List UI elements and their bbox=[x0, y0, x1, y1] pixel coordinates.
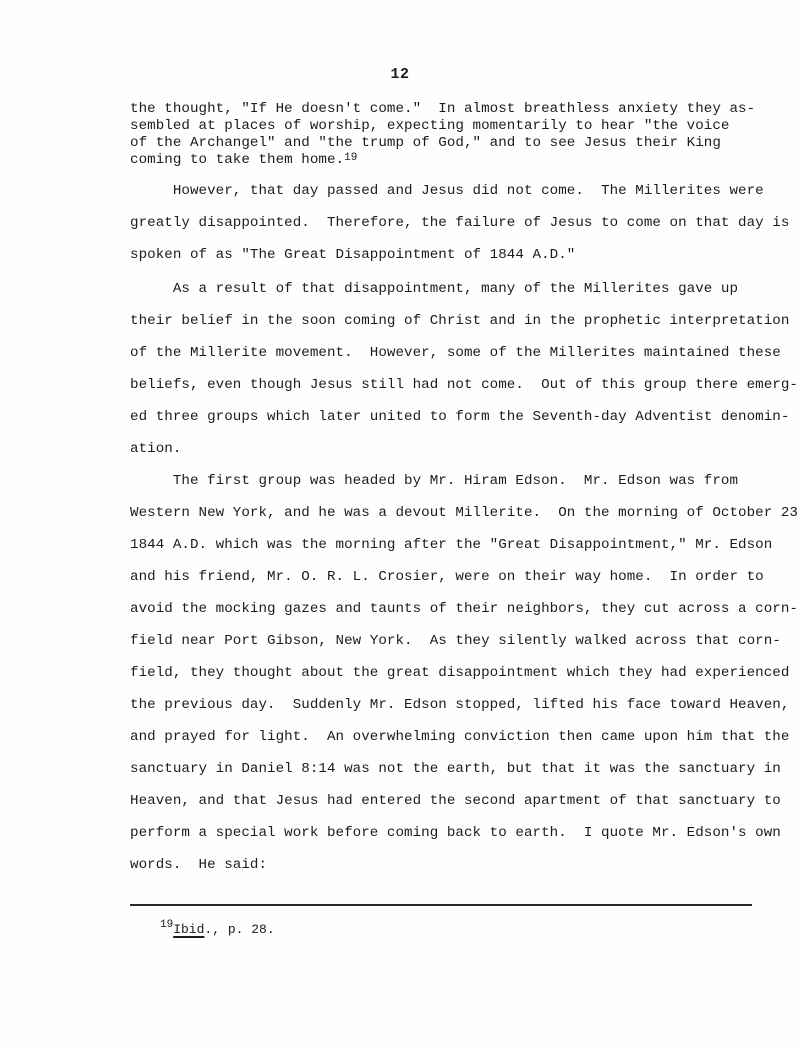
quote-line-text: coming to take them home. bbox=[130, 152, 344, 168]
body-line: greatly disappointed. Therefore, the fai… bbox=[130, 215, 789, 232]
footnote-number: 19 bbox=[160, 919, 173, 931]
body-line: and his friend, Mr. O. R. L. Crosier, we… bbox=[130, 569, 764, 586]
footnote: 19Ibid., p. 28. bbox=[160, 922, 275, 937]
body-line: words. He said: bbox=[130, 857, 267, 874]
document-page: 12 the thought, "If He doesn't come." In… bbox=[0, 0, 800, 1050]
body-line: ed three groups which later united to fo… bbox=[130, 409, 789, 426]
body-line: field near Port Gibson, New York. As the… bbox=[130, 633, 781, 650]
body-line: ation. bbox=[130, 441, 181, 458]
body-line: sanctuary in Daniel 8:14 was not the ear… bbox=[130, 761, 781, 778]
page-number: 12 bbox=[0, 66, 800, 83]
body-line: avoid the mocking gazes and taunts of th… bbox=[130, 601, 798, 618]
footnote-source: Ibid bbox=[173, 922, 204, 937]
quote-line-last: coming to take them home.19 bbox=[130, 152, 357, 169]
body-line: The first group was headed by Mr. Hiram … bbox=[130, 473, 738, 490]
body-line: and prayed for light. An overwhelming co… bbox=[130, 729, 789, 746]
quote-line: of the Archangel" and "the trump of God,… bbox=[130, 135, 721, 152]
footnote-citation: ., p. 28. bbox=[204, 922, 274, 937]
body-line: beliefs, even though Jesus still had not… bbox=[130, 377, 798, 394]
body-line: 1844 A.D. which was the morning after th… bbox=[130, 537, 772, 554]
body-line: of the Millerite movement. However, some… bbox=[130, 345, 781, 362]
quote-line: the thought, "If He doesn't come." In al… bbox=[130, 101, 755, 118]
body-line: perform a special work before coming bac… bbox=[130, 825, 781, 842]
body-line: their belief in the soon coming of Chris… bbox=[130, 313, 789, 330]
body-line: Western New York, and he was a devout Mi… bbox=[130, 505, 800, 522]
footnote-reference: 19 bbox=[344, 152, 357, 164]
body-line: However, that day passed and Jesus did n… bbox=[130, 183, 764, 200]
body-line: As a result of that disappointment, many… bbox=[130, 281, 738, 298]
footnote-separator bbox=[130, 904, 752, 906]
body-line: field, they thought about the great disa… bbox=[130, 665, 789, 682]
body-line: spoken of as "The Great Disappointment o… bbox=[130, 247, 575, 264]
quote-line: sembled at places of worship, expecting … bbox=[130, 118, 729, 135]
body-line: the previous day. Suddenly Mr. Edson sto… bbox=[130, 697, 789, 714]
body-line: Heaven, and that Jesus had entered the s… bbox=[130, 793, 781, 810]
